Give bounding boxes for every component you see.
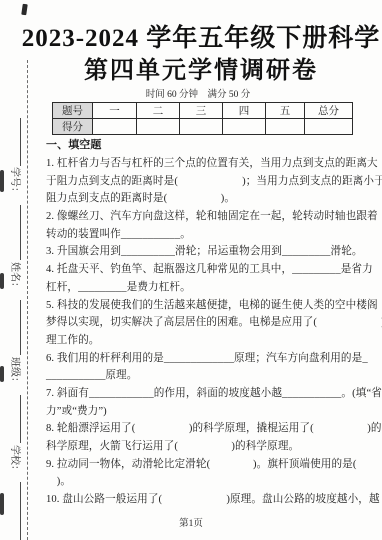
seal-dashed-line xyxy=(27,60,28,540)
question-line: 科学原理，火箭飞行运用了( )的科学原理。 xyxy=(46,438,376,456)
margin-blank-line xyxy=(20,482,21,540)
question-line: 10. 盘山公路一般运用了( )原理。盘山公路的坡度越小，越 xyxy=(46,491,376,509)
scan-artifact xyxy=(0,273,4,289)
scan-artifact-corner xyxy=(21,4,27,16)
question-line: )。 xyxy=(46,473,376,491)
score-table-score-row: 得分 xyxy=(53,119,353,135)
score-cell xyxy=(93,119,137,135)
margin-field-class: 班级： xyxy=(8,357,21,387)
question-line: ___________原理。 xyxy=(46,367,376,385)
question-line: 梦得以实现，切实解决了高层居住的困难。电梯是应用了( )原 xyxy=(46,314,376,332)
exam-paper-page: 学号： 姓名： 班级： 学校： 2023-2024 学年五年级下册科学 第四单元… xyxy=(0,0,382,540)
scan-artifact xyxy=(0,366,4,382)
question-line: 1. 杠杆省力与否与杠杆的三个点的位置有关，当用力点到支点的距离大 xyxy=(46,155,376,173)
question-line: 7. 斜面有____________的作用，斜面的坡度越小越__________… xyxy=(46,385,376,403)
question-line: 力”或“费力”) xyxy=(46,403,376,421)
margin-field-school: 学校： xyxy=(8,445,21,475)
page-number: 第1页 xyxy=(0,515,382,529)
score-table-cell-q3: 三 xyxy=(180,103,223,119)
score-table-cell-q4: 四 xyxy=(223,103,266,119)
score-cell xyxy=(180,119,223,135)
score-table: 题号 一 二 三 四 五 总分 得分 xyxy=(52,102,353,135)
question-line: 理工作的。 xyxy=(46,332,376,350)
score-table-cell-q1: 一 xyxy=(93,103,137,119)
question-line: 阻力点到支点的距离时是( )。 xyxy=(46,190,376,208)
question-line: 转动的装置叫作___________。 xyxy=(46,226,376,244)
score-cell xyxy=(305,119,353,135)
section-title-fill-in-blanks: 一、填空题 xyxy=(46,136,376,155)
exam-time-score-info: 时间 60 分钟 满分 50 分 xyxy=(14,86,382,100)
question-line: 6. 我们用的杆秤利用的是_____________原理；汽车方向盘利用的是_ xyxy=(46,350,376,368)
margin-blank-line xyxy=(20,205,21,260)
score-table-cell-q2: 二 xyxy=(137,103,180,119)
score-cell xyxy=(223,119,266,135)
question-line: 9. 拉动同一物体，动滑轮比定滑轮( )。旗杆顶端使用的是( xyxy=(46,456,376,474)
scan-artifact xyxy=(0,493,4,515)
question-line: 2. 像螺丝刀、汽车方向盘这样，轮和轴固定在一起，轮转动时轴也跟着 xyxy=(46,208,376,226)
score-table-cell-score-label: 得分 xyxy=(53,119,93,135)
score-cell xyxy=(266,119,305,135)
score-table-cell-label: 题号 xyxy=(53,103,93,119)
margin-field-name: 姓名： xyxy=(8,262,21,292)
question-line: 8. 轮船漂浮运用了( )的科学原理，撬棍运用了( )的 xyxy=(46,420,376,438)
question-line: 于阻力点到支点的距离时是( )；当用力点到支点的距离小于 xyxy=(46,173,376,191)
question-line: 4. 托盘天平、钓鱼竿、起瓶器这几种常见的工具中，_________是省力 xyxy=(46,261,376,279)
margin-field-student-no: 学号： xyxy=(8,167,21,197)
question-line: 杠杆，_________是费力杠杆。 xyxy=(46,279,376,297)
exam-title-line1: 2023-2024 学年五年级下册科学 xyxy=(20,18,382,54)
score-table-header-row: 题号 一 二 三 四 五 总分 xyxy=(53,103,353,119)
margin-blank-line xyxy=(20,395,21,443)
margin-blank-line xyxy=(20,300,21,355)
exam-title-line2: 第四单元学情调研卷 xyxy=(20,50,382,85)
score-table-cell-q5: 五 xyxy=(266,103,305,119)
margin-blank-line xyxy=(20,118,21,166)
score-table-cell-total: 总分 xyxy=(305,103,353,119)
question-line: 5. 科技的发展使我们的生活越来越便捷，电梯的诞生使人类的空中楼阁 xyxy=(46,297,376,315)
score-cell xyxy=(137,119,180,135)
question-line: 3. 升国旗会用到__________滑轮；吊运重物会用到_________滑轮… xyxy=(46,243,376,261)
question-body: 一、填空题 1. 杠杆省力与否与杠杆的三个点的位置有关，当用力点到支点的距离大 … xyxy=(46,136,376,509)
scan-artifact xyxy=(0,170,4,192)
